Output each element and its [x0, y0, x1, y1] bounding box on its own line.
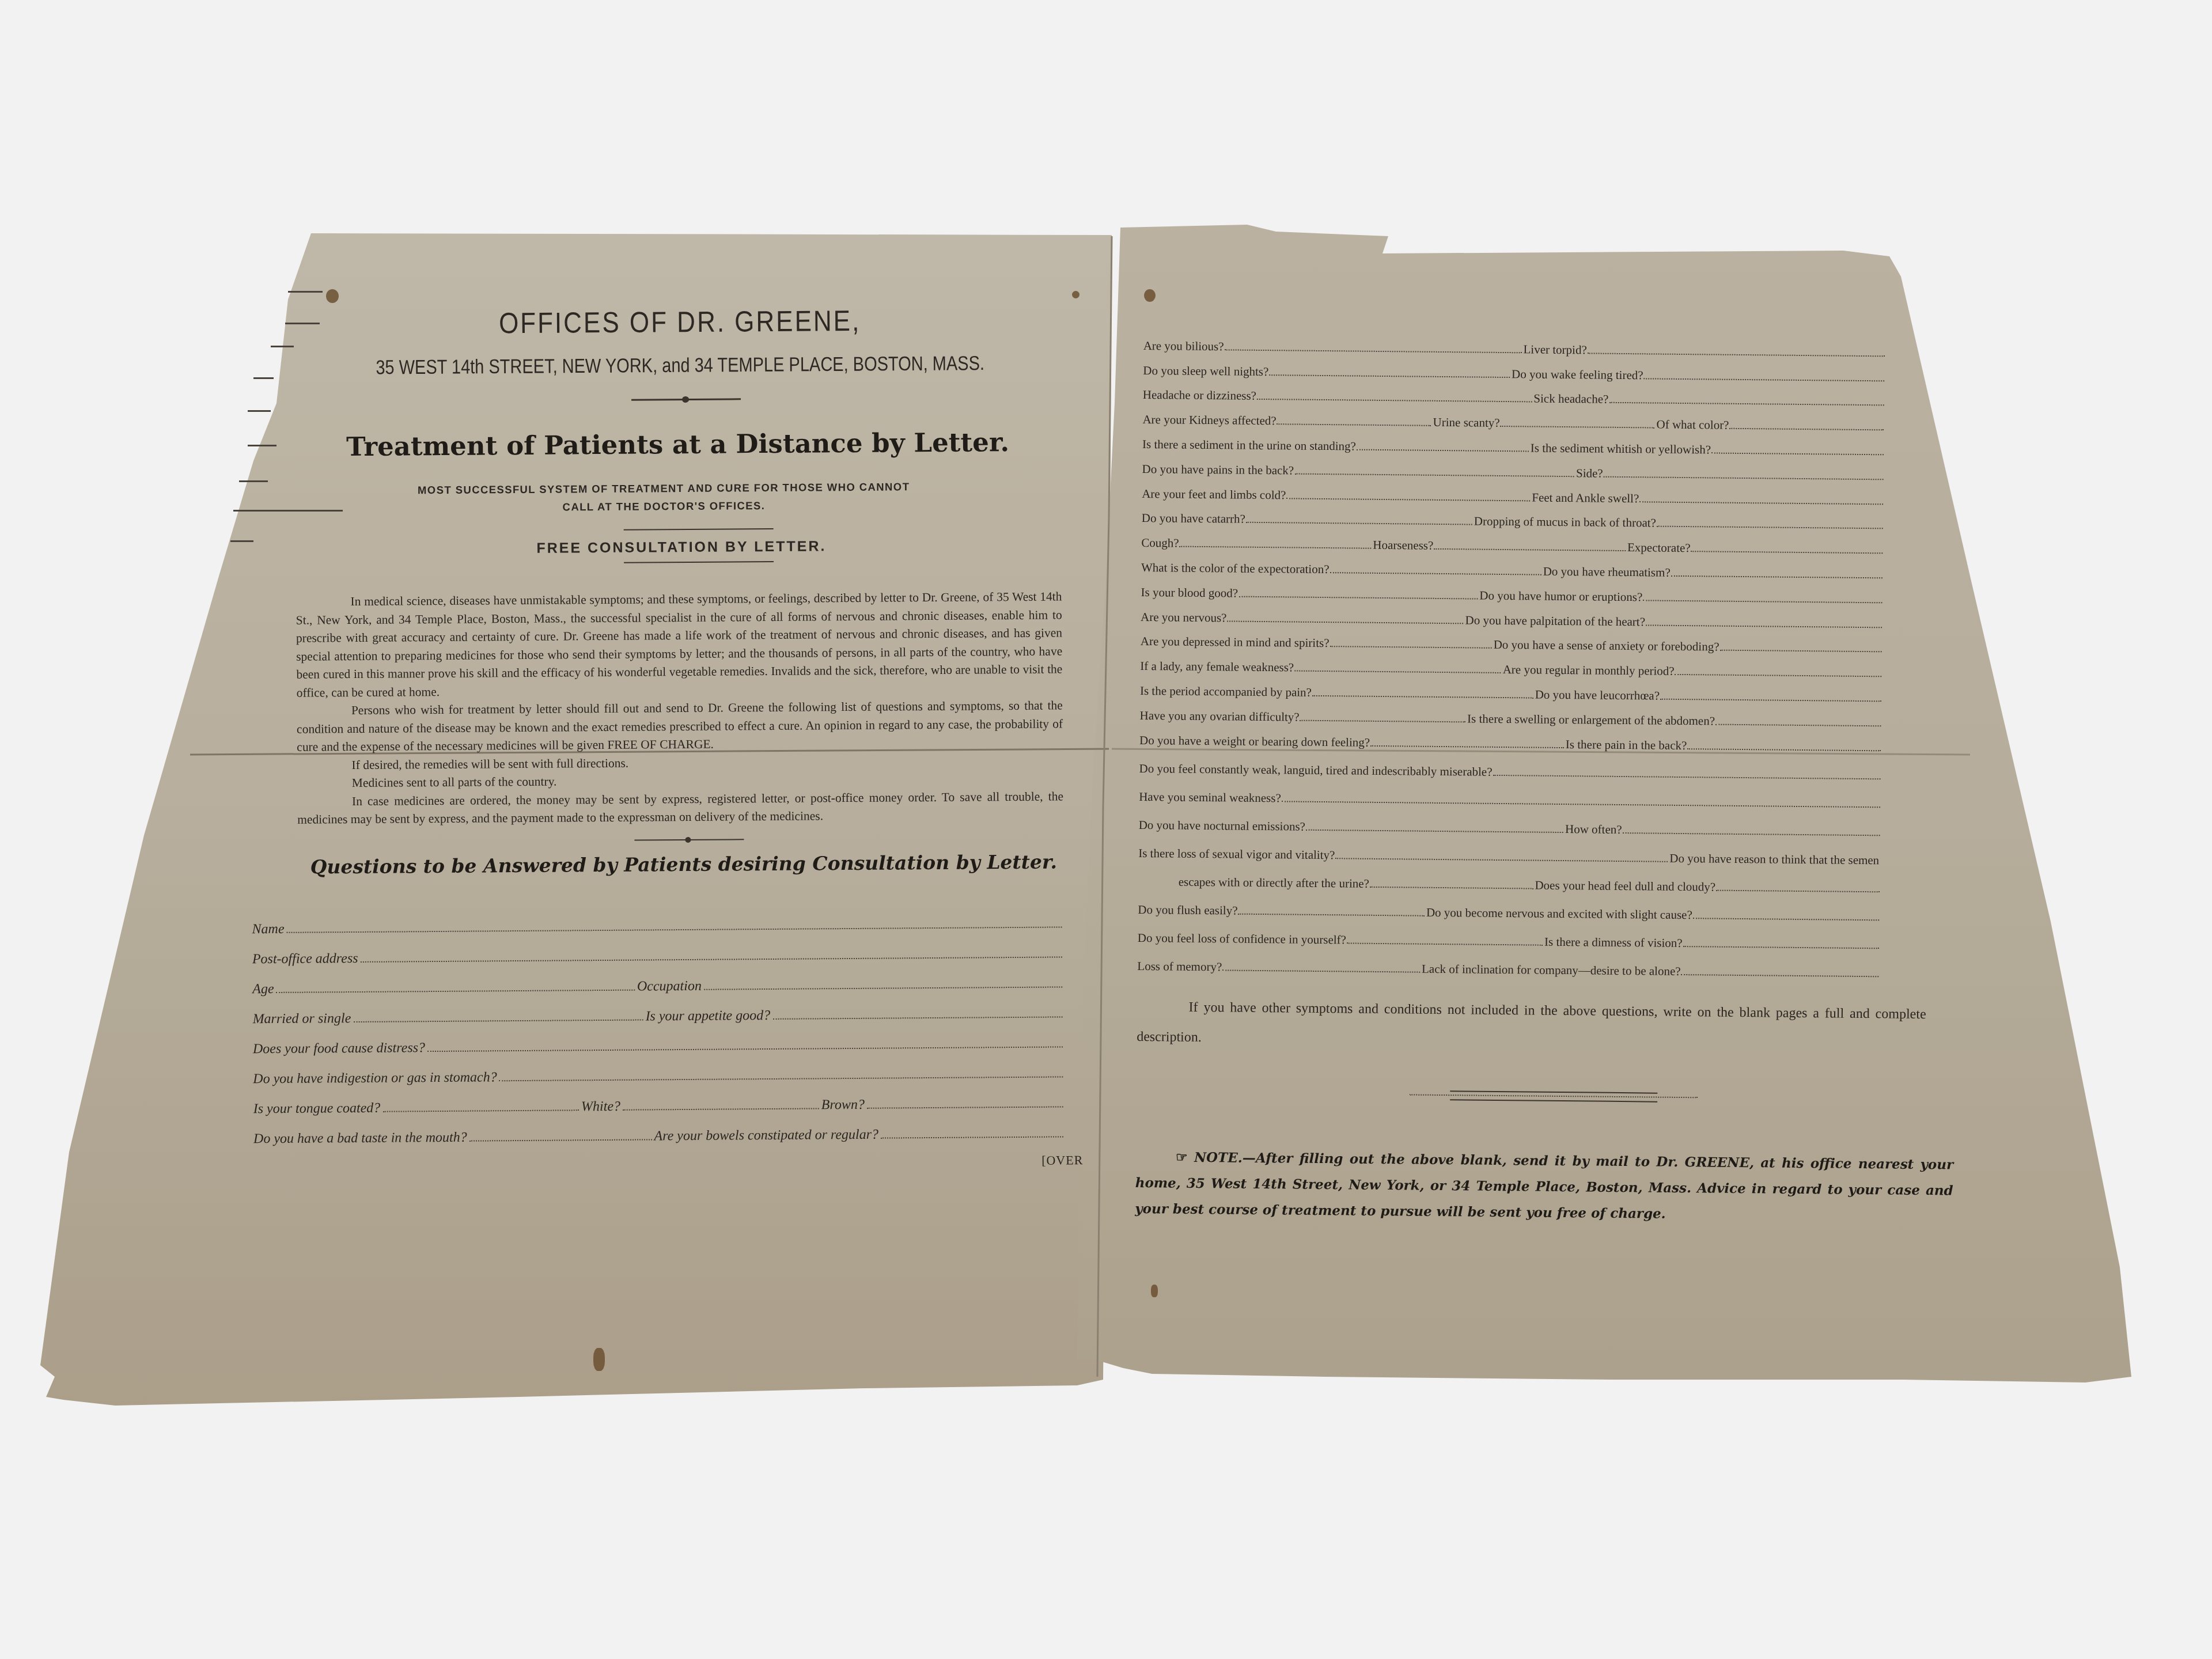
field-label: Age: [252, 981, 276, 997]
field-label: Do you feel loss of confidence in yourse…: [1138, 930, 1346, 946]
answer-blank-field[interactable]: [1357, 449, 1529, 452]
field-label: Do you have reason to think that the sem…: [1669, 851, 1879, 867]
form-row: Do you have a bad taste in the mouth?Are…: [253, 1111, 1066, 1147]
field-label: Do you have nocturnal emissions?: [1139, 818, 1306, 834]
field-label: Do you have a sense of anxiety or forebo…: [1494, 638, 1719, 654]
stain-mark: [1144, 289, 1156, 302]
field-label: Brown?: [821, 1097, 867, 1113]
field-label: Have you seminal weakness?: [1139, 790, 1281, 805]
answer-blank-field[interactable]: [1660, 699, 1881, 702]
answer-blank-field[interactable]: [1347, 942, 1543, 945]
paragraph: Persons who wish for treatment by letter…: [297, 696, 1063, 756]
double-rule-divider: [1410, 1089, 1698, 1103]
stain-mark: [1072, 291, 1080, 298]
field-label: Lack of inclination for company—desire t…: [1422, 961, 1681, 978]
ornament-divider: [631, 398, 741, 400]
answer-blank-field[interactable]: [1434, 548, 1626, 551]
stain-mark: [1151, 1285, 1158, 1297]
answer-blank-field[interactable]: [1294, 671, 1501, 673]
answer-blank-field[interactable]: [704, 986, 1062, 990]
field-label: Do you have catarrh?: [1142, 511, 1245, 527]
answer-blank-field[interactable]: [1257, 399, 1532, 403]
field-label: Are your Kidneys affected?: [1142, 412, 1276, 428]
symptoms-form: Are you bilious?Liver torpid?Do you slee…: [1137, 328, 1887, 980]
answer-blank-field[interactable]: [1306, 829, 1563, 832]
answer-blank-field[interactable]: [1180, 546, 1372, 549]
answer-blank-field[interactable]: [1225, 349, 1522, 353]
answer-blank-field[interactable]: [1238, 913, 1424, 916]
field-label: Do you sleep well nights?: [1143, 363, 1268, 379]
left-page-content: OFFICES OF DR. GREENE, 35 WEST 14th STRE…: [271, 305, 1071, 1173]
answer-blank-field[interactable]: [1623, 832, 1880, 836]
answer-blank-field[interactable]: [1643, 600, 1882, 603]
answer-blank-field[interactable]: [1681, 974, 1879, 977]
field-label: Do you become nervous and excited with s…: [1426, 905, 1692, 922]
patient-info-form: NamePost-office addressAgeOccupationMarr…: [252, 902, 1066, 1147]
field-label: Is the period accompanied by pain?: [1140, 684, 1312, 700]
answer-blank-field[interactable]: [1246, 522, 1472, 525]
field-label: Are you depressed in mind and spirits?: [1141, 634, 1330, 650]
field-label: Is your blood good?: [1141, 585, 1238, 601]
answer-blank-field[interactable]: [1222, 969, 1420, 972]
answer-blank-field[interactable]: [1646, 624, 1882, 628]
field-label: Do you have indigestion or gas in stomac…: [253, 1070, 499, 1087]
field-label: How often?: [1565, 822, 1622, 837]
paragraph: In case medicines are ordered, the money…: [297, 787, 1063, 829]
answer-blank-field[interactable]: [1370, 745, 1564, 748]
answer-blank-field[interactable]: [1501, 426, 1655, 429]
field-label: Is the sediment whitish or yellowish?: [1531, 441, 1711, 457]
field-label: Do you have pains in the back?: [1142, 462, 1294, 478]
note-text: NOTE.—After filling out the above blank,…: [1135, 1149, 1953, 1221]
field-label: Name: [252, 921, 286, 937]
field-label: Have you any ovarian difficulty?: [1139, 709, 1299, 725]
answer-blank-field[interactable]: [1238, 596, 1478, 599]
answer-blank-field[interactable]: [1493, 774, 1880, 779]
field-label: Is your appetite good?: [645, 1007, 772, 1024]
field-label: Headache or dizziness?: [1143, 388, 1256, 403]
field-label: Do you have humor or eruptions?: [1479, 588, 1642, 604]
answer-blank-field[interactable]: [1294, 473, 1574, 477]
field-label: Of what color?: [1656, 418, 1729, 433]
answer-blank-field[interactable]: [1716, 889, 1880, 892]
main-title: Treatment of Patients at a Distance by L…: [283, 426, 1072, 463]
answer-blank-field[interactable]: [1277, 423, 1431, 426]
field-label: Do you have rheumatism?: [1543, 565, 1671, 580]
field-label: Do you wake feeling tired?: [1512, 367, 1643, 382]
field-label: Is there a dimness of vision?: [1544, 934, 1683, 950]
answer-blank-field[interactable]: [1719, 650, 1881, 653]
answer-blank-field[interactable]: [1604, 476, 1884, 480]
field-label: Expectorate?: [1627, 540, 1691, 555]
answer-blank-field[interactable]: [1729, 428, 1884, 431]
office-title: OFFICES OF DR. GREENE,: [305, 304, 1054, 342]
answer-blank-field[interactable]: [469, 1139, 652, 1141]
answer-blank-field[interactable]: [1657, 526, 1883, 529]
field-label: Side?: [1576, 466, 1603, 480]
field-label: What is the color of the expectoration?: [1141, 560, 1330, 577]
stain-mark: [326, 289, 339, 303]
answer-blank-field[interactable]: [382, 1109, 579, 1112]
answer-blank-field[interactable]: [772, 1016, 1062, 1020]
field-label: Does your food cause distress?: [253, 1040, 427, 1057]
answer-blank-field[interactable]: [1711, 452, 1884, 455]
field-label: Is there loss of sexual vigor and vitali…: [1138, 846, 1335, 862]
answer-blank-field[interactable]: [1330, 572, 1541, 575]
answer-blank-field[interactable]: [1691, 551, 1883, 554]
field-label: Is your tongue coated?: [253, 1100, 383, 1117]
right-page-content: Are you bilious?Liver torpid?Do you slee…: [1135, 328, 1887, 1229]
field-label: Are you bilious?: [1143, 339, 1224, 354]
paragraph: In medical science, diseases have unmist…: [296, 588, 1062, 702]
closing-instructions: If you have other symptoms and condition…: [1137, 991, 1926, 1059]
answer-blank-field[interactable]: [1227, 620, 1463, 624]
field-label: Liver torpid?: [1523, 342, 1586, 357]
field-label: Hoarseness?: [1373, 538, 1433, 553]
field-label: Married or single: [252, 1011, 353, 1027]
answer-blank-field[interactable]: [1715, 724, 1881, 726]
questions-title: Questions to be Answered by Patients des…: [298, 850, 1070, 878]
answer-blank-field[interactable]: [353, 1019, 643, 1022]
answer-blank-field[interactable]: [1609, 402, 1884, 406]
office-address: 35 WEST 14th STREET, NEW YORK, and 34 TE…: [294, 352, 1066, 380]
rule-divider: [624, 528, 774, 531]
answer-blank-field[interactable]: [867, 1106, 1063, 1108]
field-label: Sick headache?: [1533, 392, 1608, 407]
answer-blank-field[interactable]: [1683, 946, 1879, 949]
answer-blank-field[interactable]: [1639, 501, 1883, 505]
field-label: White?: [581, 1099, 623, 1115]
answer-blank-field[interactable]: [1330, 646, 1491, 649]
answer-blank-field[interactable]: [1300, 719, 1465, 722]
field-label: Do you have palpitation of the heart?: [1465, 613, 1645, 629]
answer-blank-field[interactable]: [1687, 748, 1881, 751]
field-label: Cough?: [1141, 536, 1179, 551]
pointing-hand-icon: ☞: [1176, 1149, 1188, 1165]
stain-mark: [593, 1348, 605, 1371]
field-label: Loss of memory?: [1137, 959, 1222, 974]
answer-blank-field[interactable]: [881, 1136, 1063, 1138]
field-label: Urine scanty?: [1433, 415, 1500, 430]
field-label: Are you regular in monthly period?: [1503, 662, 1675, 679]
field-label: Do you have leucorrhœa?: [1535, 688, 1660, 703]
subtitle: MOST SUCCESSFUL SYSTEM OF TREATMENT AND …: [318, 477, 1009, 517]
answer-blank-field[interactable]: [276, 989, 635, 993]
field-label: Is there pain in the back?: [1566, 737, 1687, 753]
answer-blank-field[interactable]: [1370, 886, 1533, 889]
field-label: Dropping of mucus in back of throat?: [1474, 514, 1656, 531]
answer-blank-field[interactable]: [499, 1076, 1063, 1081]
answer-blank-field[interactable]: [1286, 498, 1530, 501]
torn-edge-line: [253, 377, 274, 379]
torn-edge-line: [239, 480, 268, 482]
answer-blank-field[interactable]: [1335, 858, 1668, 862]
answer-blank-field[interactable]: [1269, 374, 1510, 378]
field-label: Do you have a weight or bearing down fee…: [1139, 733, 1370, 750]
field-label: Occupation: [637, 978, 704, 994]
ornament-divider: [634, 839, 744, 840]
answer-blank-field[interactable]: [1644, 378, 1885, 381]
note-paragraph: ☞ NOTE.—After filling out the above blan…: [1135, 1143, 1953, 1229]
answer-blank-field[interactable]: [1675, 674, 1882, 677]
answer-blank-field[interactable]: [427, 1046, 1063, 1052]
field-label: Are your bowels constipated or regular?: [654, 1127, 881, 1144]
rule-divider: [624, 561, 774, 563]
answer-blank-field[interactable]: [1671, 575, 1883, 579]
field-label: Do you flush easily?: [1138, 903, 1237, 918]
free-consultation-heading: FREE CONSULTATION BY LETTER.: [307, 536, 1056, 558]
answer-blank-field[interactable]: [1312, 695, 1533, 699]
field-label: Feet and Ankle swell?: [1532, 490, 1639, 506]
field-label: Is there a swelling or enlargement of th…: [1467, 711, 1715, 728]
field-label: escapes with or directly after the urine…: [1179, 874, 1369, 891]
field-label: Are you nervous?: [1141, 610, 1227, 625]
torn-edge-line: [248, 410, 271, 412]
field-label: Is there a sediment in the urine on stan…: [1142, 437, 1356, 454]
field-label: Are your feet and limbs cold?: [1142, 487, 1286, 502]
field-label: If a lady, any female weakness?: [1140, 659, 1294, 675]
field-label: Does your head feel dull and cloudy?: [1535, 878, 1715, 894]
answer-blank-field[interactable]: [1588, 353, 1885, 357]
intro-body: In medical science, diseases have unmist…: [296, 588, 1063, 829]
answer-blank-field[interactable]: [1693, 918, 1879, 921]
answer-blank-field[interactable]: [623, 1108, 819, 1110]
field-label: Do you have a bad taste in the mouth?: [253, 1130, 469, 1147]
torn-edge-line: [230, 540, 253, 542]
torn-edge-line: [288, 291, 323, 293]
field-label: Post-office address: [252, 950, 361, 967]
answer-blank-field[interactable]: [361, 956, 1062, 963]
